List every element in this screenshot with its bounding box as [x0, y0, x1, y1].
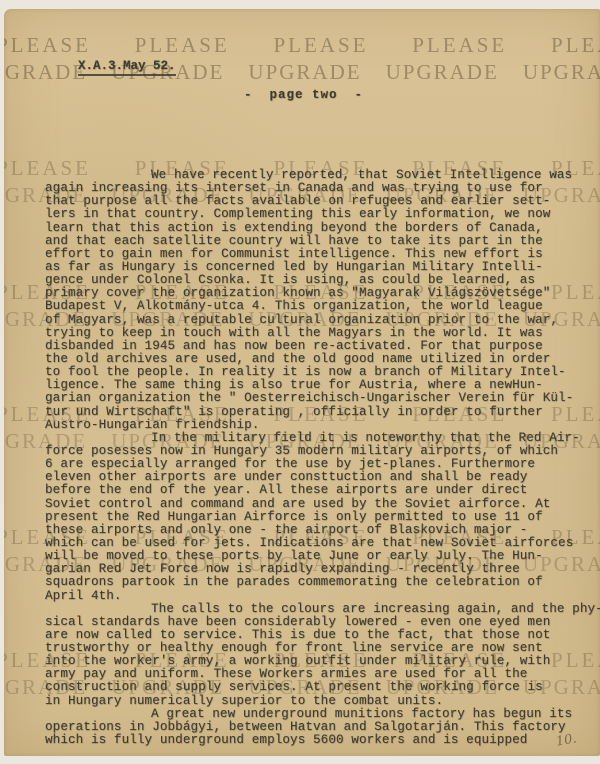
typed-line: In the military field it is noteworthy t…	[45, 432, 565, 445]
typed-line: effort to gain men for Communist intelli…	[45, 248, 565, 261]
typed-line: Budapest V, Alkotmány-utca 4. This organ…	[45, 300, 565, 313]
watermark-word: PLEASE	[273, 33, 368, 58]
typed-line: garian organization the " Oesterreichisc…	[45, 392, 565, 405]
watermark-please-row: PLEASEPLEASEPLEASEPLEASEPLEASE	[4, 33, 600, 58]
watermark-word: PLEASE	[551, 33, 600, 58]
typed-line: which is fully underground employs 5600 …	[45, 734, 565, 747]
scanned-document-view: PLEASEPLEASEPLEASEPLEASEPLEASEUPGRADEUPG…	[0, 0, 600, 764]
watermark-word: PLEASE	[135, 33, 230, 58]
typed-line: construction and supply services. At pre…	[45, 681, 565, 694]
document-reference: X.A.3.May 52.	[78, 59, 176, 76]
typed-line: lers in that country. Complementing this…	[45, 208, 565, 221]
typed-line: present the Red Hungarian Airforce is on…	[45, 511, 565, 524]
typed-line: these airports and only one - the airpor…	[45, 524, 565, 537]
watermark-word: UPGRADE	[386, 60, 499, 85]
page-number-label: - page two -	[244, 88, 363, 102]
typed-line: The calls to the colours are increasing …	[45, 603, 565, 616]
typed-line: Austro-Hungarian friendship.	[45, 419, 565, 432]
typed-line: in Hungary numerically superior to the c…	[45, 695, 565, 708]
watermark-word: PLEASE	[4, 33, 91, 58]
watermark-word: UPGRADE	[4, 60, 87, 85]
typed-line: April 4th.	[45, 590, 565, 603]
typed-line: before the end of the year. All these ai…	[45, 484, 565, 497]
watermark-word: UPGRADE	[248, 60, 361, 85]
typed-line: trying to keep in touch with all the Mag…	[45, 327, 565, 340]
typed-line: squadrons partook in the parades commemo…	[45, 576, 565, 589]
typed-line: disbanded in 1945 and has now been re-ac…	[45, 340, 565, 353]
scanned-page: PLEASEPLEASEPLEASEPLEASEPLEASEUPGRADEUPG…	[4, 9, 600, 756]
typed-line: sical standards have been considerably l…	[45, 616, 565, 629]
typed-line: Soviet control and command and are used …	[45, 498, 565, 511]
watermark-word: PLEASE	[412, 33, 507, 58]
document-body: We have recently reported, that Soviet I…	[45, 169, 565, 747]
typed-line: tur und Wirtschaft" is operating , offic…	[45, 406, 565, 419]
typed-line: of Magyars, was a reputable cultural org…	[45, 314, 565, 327]
handwritten-page-number: 10.	[555, 731, 578, 749]
typed-line: A great new underground munitions factor…	[45, 708, 565, 721]
typed-line: and that each satellite country will hav…	[45, 235, 565, 248]
typed-line: learn that this action is extending beyo…	[45, 222, 565, 235]
watermark-word: UPGRADE	[523, 60, 600, 85]
